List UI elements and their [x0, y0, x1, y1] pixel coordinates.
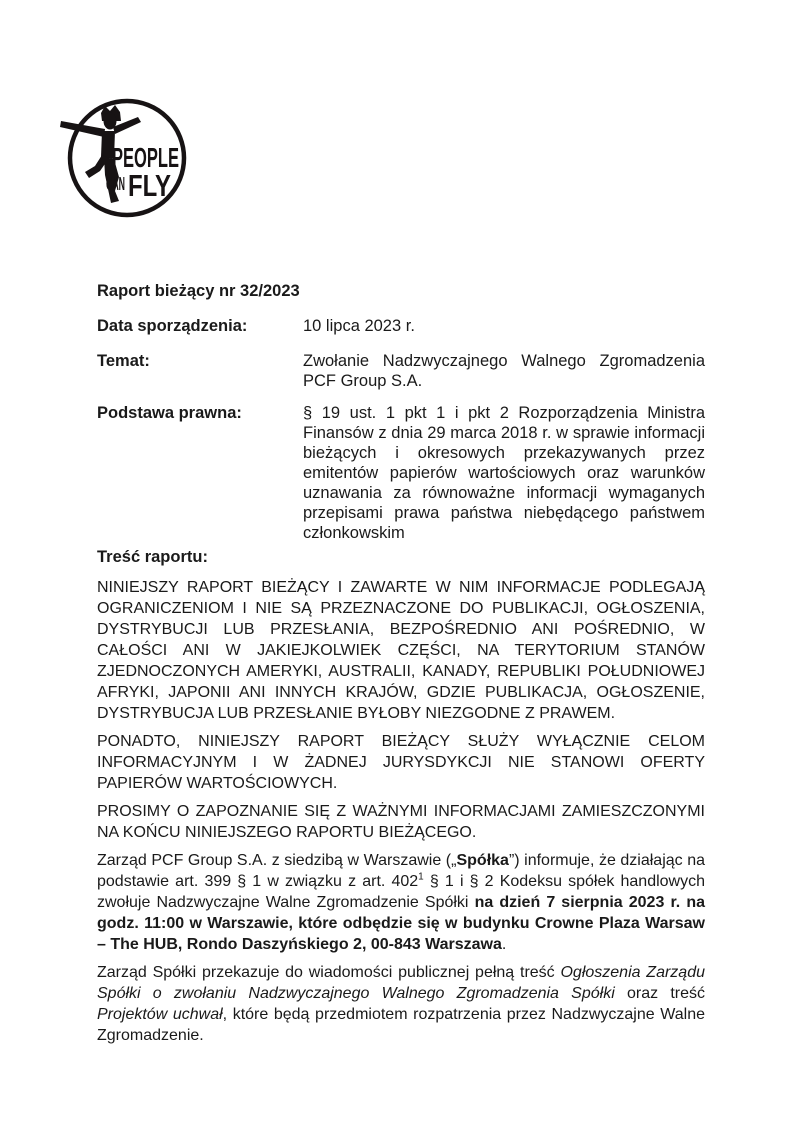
- meta-row-date: Data sporządzenia: 10 lipca 2023 r.: [97, 316, 705, 336]
- report-content: Raport bieżący nr 32/2023 Data sporządze…: [97, 281, 705, 1053]
- report-body-heading: Treść raportu:: [97, 547, 705, 567]
- people-can-fly-logo-icon: PEOPLE CAN FLY: [58, 90, 208, 230]
- meta-row-legal-basis: Podstawa prawna: § 19 ust. 1 pkt 1 i pkt…: [97, 403, 705, 543]
- meta-label-date: Data sporządzenia:: [97, 316, 303, 336]
- report-meta: Raport bieżący nr 32/2023 Data sporządze…: [97, 281, 705, 543]
- report-body: NINIEJSZY RAPORT BIEŻĄCY I ZAWARTE W NIM…: [97, 577, 705, 1046]
- meta-value-date: 10 lipca 2023 r.: [303, 316, 705, 336]
- meta-label-legal-basis: Podstawa prawna:: [97, 403, 303, 543]
- meta-row-subject: Temat: Zwołanie Nadzwyczajnego Walnego Z…: [97, 351, 705, 391]
- paragraph-disclaimer-notice: PROSIMY O ZAPOZNANIE SIĘ Z WAŻNYMI INFOR…: [97, 801, 705, 843]
- meta-value-subject: Zwołanie Nadzwyczajnego Walnego Zgromadz…: [303, 351, 705, 391]
- meta-value-legal-basis: § 19 ust. 1 pkt 1 i pkt 2 Rozporządzenia…: [303, 403, 705, 543]
- paragraph-convocation: Zarząd PCF Group S.A. z siedzibą w Warsz…: [97, 850, 705, 955]
- paragraph-attachments: Zarząd Spółki przekazuje do wiadomości p…: [97, 962, 705, 1046]
- logo-wordmark-fly: FLY: [128, 168, 171, 203]
- meta-label-subject: Temat:: [97, 351, 303, 391]
- logo-wordmark-can: CAN: [106, 174, 125, 194]
- paragraph-disclaimer-purpose: PONADTO, NINIEJSZY RAPORT BIEŻĄCY SŁUŻY …: [97, 731, 705, 794]
- document-page: PEOPLE CAN FLY Raport bieżący nr 32/2023…: [0, 0, 800, 1131]
- pcf-logo: PEOPLE CAN FLY: [58, 90, 208, 230]
- paragraph-disclaimer-territory: NINIEJSZY RAPORT BIEŻĄCY I ZAWARTE W NIM…: [97, 577, 705, 724]
- report-title: Raport bieżący nr 32/2023: [97, 281, 705, 301]
